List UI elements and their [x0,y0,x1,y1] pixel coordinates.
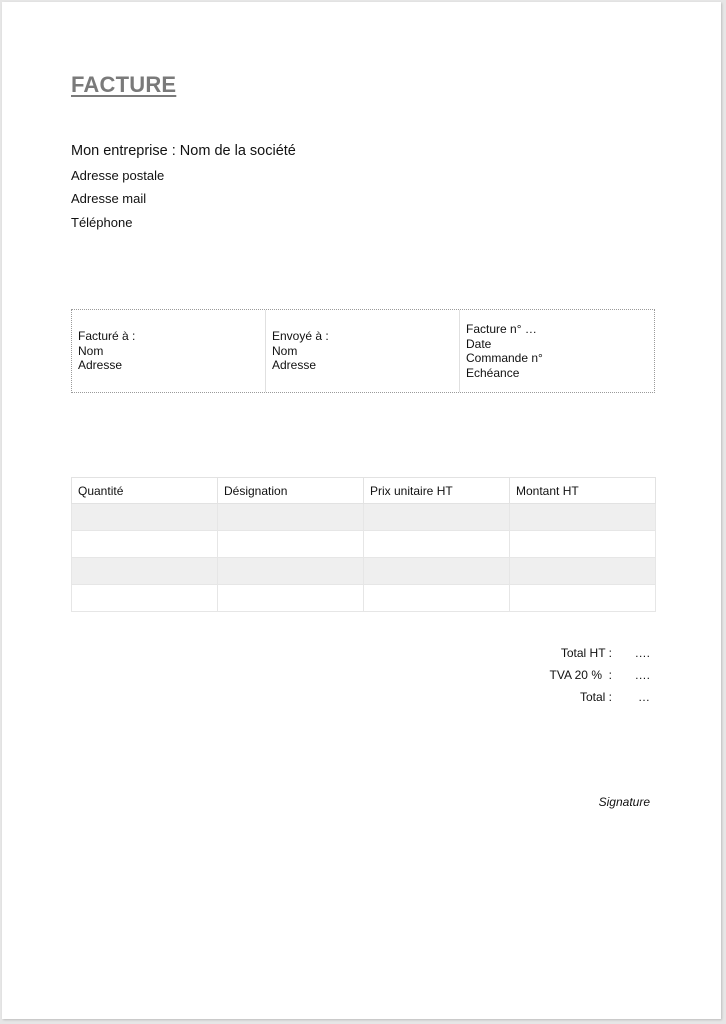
shipped-to-label: Envoyé à : [272,329,459,344]
cell-designation [218,504,364,531]
document-page: FACTURE Mon entreprise : Nom de la socié… [2,2,721,1019]
cell-quantity [72,504,218,531]
header-unit-price: Prix unitaire HT [364,478,510,504]
shipped-to-address: Adresse [272,358,459,373]
cell-designation [218,585,364,612]
cell-unit-price [364,558,510,585]
vat-label: TVA 20 % : [550,668,612,682]
cell-designation [218,558,364,585]
table-row [72,558,656,585]
totals-block: Total HT : …. TVA 20 % : …. Total : … [550,642,650,708]
sender-postal-address: Adresse postale [71,168,164,183]
cell-quantity [72,585,218,612]
cell-designation [218,531,364,558]
shipped-to-block: Envoyé à : Nom Adresse [266,310,460,392]
cell-unit-price [364,504,510,531]
total-label: Total : [580,690,612,704]
vat-value: …. [612,668,650,682]
cell-unit-price [364,585,510,612]
total-ht-row: Total HT : …. [550,642,650,664]
total-value: … [612,690,650,704]
cell-amount [510,504,656,531]
table-row [72,504,656,531]
invoice-date: Date [466,337,654,352]
total-ht-value: …. [612,646,650,660]
items-table: Quantité Désignation Prix unitaire HT Mo… [71,477,656,612]
table-row [72,585,656,612]
billed-to-label: Facturé à : [78,329,265,344]
header-designation: Désignation [218,478,364,504]
header-amount: Montant HT [510,478,656,504]
cell-amount [510,585,656,612]
invoice-number: Facture n° … [466,322,654,337]
cell-unit-price [364,531,510,558]
signature-label: Signature [599,795,650,809]
table-row [72,531,656,558]
billed-to-name: Nom [78,344,265,359]
sender-company: Mon entreprise : Nom de la société [71,143,296,159]
billed-to-block: Facturé à : Nom Adresse [72,310,266,392]
sender-email: Adresse mail [71,191,146,206]
total-row: Total : … [550,686,650,708]
due-date: Echéance [466,366,654,381]
table-header-row: Quantité Désignation Prix unitaire HT Mo… [72,478,656,504]
invoice-meta-block: Facture n° … Date Commande n° Echéance [460,310,654,392]
total-ht-label: Total HT : [561,646,612,660]
order-number: Commande n° [466,351,654,366]
cell-quantity [72,531,218,558]
vat-row: TVA 20 % : …. [550,664,650,686]
invoice-title: FACTURE [71,72,176,98]
sender-phone: Téléphone [71,215,132,230]
billed-to-address: Adresse [78,358,265,373]
shipped-to-name: Nom [272,344,459,359]
cell-quantity [72,558,218,585]
cell-amount [510,558,656,585]
header-quantity: Quantité [72,478,218,504]
info-box: Facturé à : Nom Adresse Envoyé à : Nom A… [71,309,655,393]
cell-amount [510,531,656,558]
